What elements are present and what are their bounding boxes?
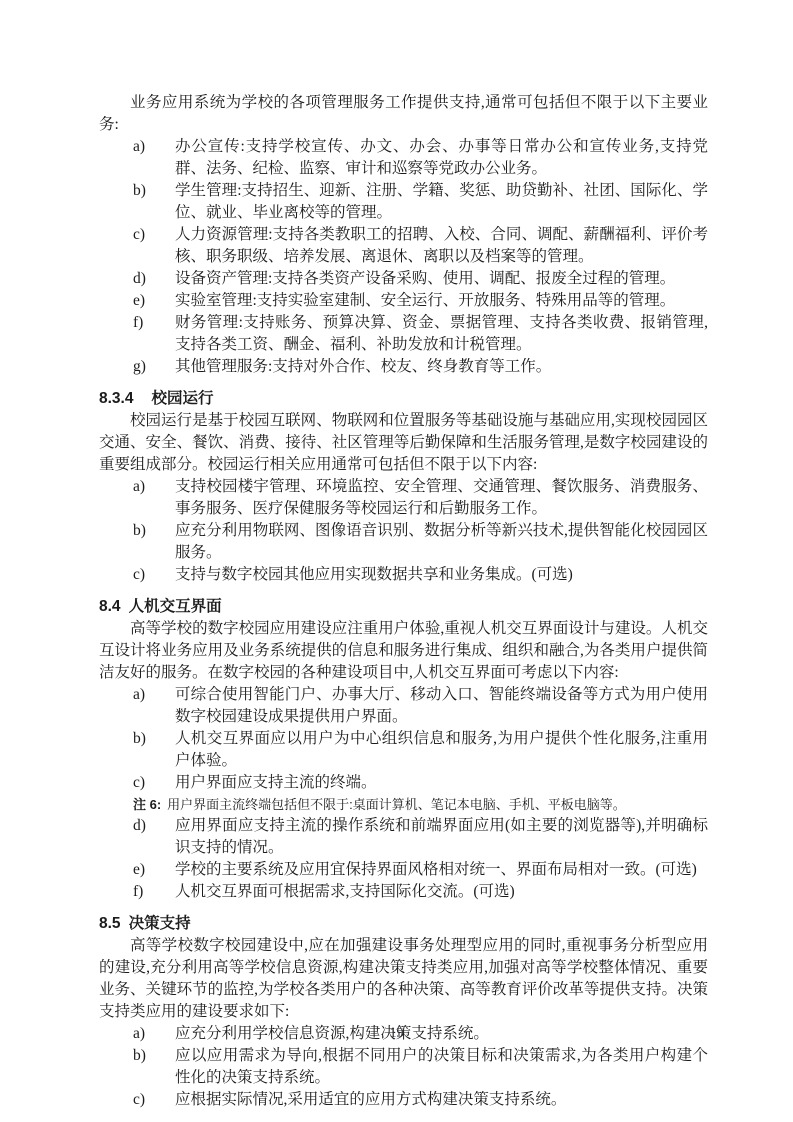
list-item-text: 办公宣传:支持学校宣传、办文、办会、办事等日常办公和宣传业务,支持党群、法务、纪… xyxy=(175,136,708,180)
list-item-text: 应用界面应支持主流的操作系统和前端界面应用(如主要的浏览器等),并明确标识支持的… xyxy=(175,815,708,859)
list-item: b) 学生管理:支持招生、迎新、注册、学籍、奖惩、助贷勤补、社团、国际化、学位、… xyxy=(133,180,708,224)
list-item-text: 用户界面应支持主流的终端。 xyxy=(175,772,708,794)
list-item: f) 人机交互界面可根据需求,支持国际化交流。(可选) xyxy=(133,881,708,903)
list-item: d) 设备资产管理:支持各类资产设备采购、使用、调配、报废全过程的管理。 xyxy=(133,268,708,290)
list-item: b) 应以应用需求为导向,根据不同用户的决策目标和决策需求,为各类用户构建个性化… xyxy=(133,1045,708,1089)
list-item-text: 其他管理服务:支持对外合作、校友、终身教育等工作。 xyxy=(175,356,708,378)
list-item-label: d) xyxy=(133,815,175,859)
list-item-text: 支持校园楼宇管理、环境监控、安全管理、交通管理、餐饮服务、消费服务、事务服务、医… xyxy=(175,476,708,520)
list-item-label: e) xyxy=(133,859,175,881)
note-6: 注 6: 用户界面主流终端包括但不限于:桌面计算机、笔记本电脑、手机、平板电脑等… xyxy=(133,794,708,815)
list-item-label: a) xyxy=(133,476,175,520)
list-item-label: c) xyxy=(133,772,175,794)
list-item: c) 应根据实际情况,采用适宜的应用方式构建决策支持系统。 xyxy=(133,1089,708,1111)
list-item-text: 实验室管理:支持实验室建制、安全运行、开放服务、特殊用品等的管理。 xyxy=(175,290,708,312)
list-item: c) 人力资源管理:支持各类教职工的招聘、入校、合同、调配、薪酬福利、评价考核、… xyxy=(133,224,708,268)
list-item-label: b) xyxy=(133,1045,175,1089)
list-item: g) 其他管理服务:支持对外合作、校友、终身教育等工作。 xyxy=(133,356,708,378)
list-item-label: d) xyxy=(133,268,175,290)
list-item-label: a) xyxy=(133,136,175,180)
section-title: 决策支持 xyxy=(129,915,191,932)
intro-paragraph: 业务应用系统为学校的各项管理服务工作提供支持,通常可包括但不限于以下主要业务: xyxy=(99,92,708,136)
list-item: e) 学校的主要系统及应用宜保持界面风格相对统一、界面布局相对一致。(可选) xyxy=(133,859,708,881)
list-item: b) 人机交互界面应以用户为中心组织信息和服务,为用户提供个性化服务,注重用户体… xyxy=(133,728,708,772)
list-item-label: c) xyxy=(133,564,175,586)
paragraph: 高等学校数字校园建设中,应在加强建设事务处理型应用的同时,重视事务分析型应用的建… xyxy=(99,935,708,1023)
list-item: f) 财务管理:支持账务、预算决算、资金、票据管理、支持各类收费、报销管理,支持… xyxy=(133,312,708,356)
list-item-label: g) xyxy=(133,356,175,378)
list-item-label: c) xyxy=(133,1089,175,1111)
list-item-label: b) xyxy=(133,728,175,772)
list-item: c) 用户界面应支持主流的终端。 xyxy=(133,772,708,794)
section-number: 8.4 xyxy=(99,598,121,615)
list-item-text: 人力资源管理:支持各类教职工的招聘、入校、合同、调配、薪酬福利、评价考核、职务职… xyxy=(175,224,708,268)
list-item: c) 支持与数字校园其他应用实现数据共享和业务集成。(可选) xyxy=(133,564,708,586)
section-number: 8.5 xyxy=(99,915,121,932)
section-title: 校园运行 xyxy=(151,390,213,407)
list-item: a) 可综合使用智能门户、办事大厅、移动入口、智能终端设备等方式为用户使用数字校… xyxy=(133,684,708,728)
list-item: d) 应用界面应支持主流的操作系统和前端界面应用(如主要的浏览器等),并明确标识… xyxy=(133,815,708,859)
list-item-text: 学生管理:支持招生、迎新、注册、学籍、奖惩、助贷勤补、社团、国际化、学位、就业、… xyxy=(175,180,708,224)
list-item: a) 办公宣传:支持学校宣传、办文、办会、办事等日常办公和宣传业务,支持党群、法… xyxy=(133,136,708,180)
section-number: 8.3.4 xyxy=(99,390,133,407)
list-item-label: f) xyxy=(133,881,175,903)
paragraph: 高等学校的数字校园应用建设应注重用户体验,重视人机交互界面设计与建设。人机交互设… xyxy=(99,618,708,684)
list-item-label: e) xyxy=(133,290,175,312)
section-heading-8-5: 8.5决策支持 xyxy=(99,913,708,935)
list-item-label: b) xyxy=(133,180,175,224)
list-item: a) 支持校园楼宇管理、环境监控、安全管理、交通管理、餐饮服务、消费服务、事务服… xyxy=(133,476,708,520)
list-item: b) 应充分利用物联网、图像语音识别、数据分析等新兴技术,提供智能化校园园区服务… xyxy=(133,520,708,564)
list-item: e) 实验室管理:支持实验室建制、安全运行、开放服务、特殊用品等的管理。 xyxy=(133,290,708,312)
list-item-text: 人机交互界面可根据需求,支持国际化交流。(可选) xyxy=(175,881,708,903)
list-item-label: a) xyxy=(133,684,175,728)
page-number: 19 xyxy=(0,1026,793,1042)
list-item-label: f) xyxy=(133,312,175,356)
note-label: 注 6: xyxy=(133,794,161,815)
section-heading-8-4: 8.4人机交互界面 xyxy=(99,596,708,618)
list-item-text: 支持与数字校园其他应用实现数据共享和业务集成。(可选) xyxy=(175,564,708,586)
list-item-text: 学校的主要系统及应用宜保持界面风格相对统一、界面布局相对一致。(可选) xyxy=(175,859,708,881)
page-content: 业务应用系统为学校的各项管理服务工作提供支持,通常可包括但不限于以下主要业务: … xyxy=(99,92,708,1111)
note-text: 用户界面主流终端包括但不限于:桌面计算机、笔记本电脑、手机、平板电脑等。 xyxy=(167,794,708,815)
list-item-text: 应根据实际情况,采用适宜的应用方式构建决策支持系统。 xyxy=(175,1089,708,1111)
section-title: 人机交互界面 xyxy=(129,598,222,615)
list-item-text: 应充分利用物联网、图像语音识别、数据分析等新兴技术,提供智能化校园园区服务。 xyxy=(175,520,708,564)
paragraph: 校园运行是基于校园互联网、物联网和位置服务等基础设施与基础应用,实现校园园区交通… xyxy=(99,410,708,476)
list-item-text: 设备资产管理:支持各类资产设备采购、使用、调配、报废全过程的管理。 xyxy=(175,268,708,290)
section-heading-8-3-4: 8.3.4校园运行 xyxy=(99,388,708,410)
list-item-text: 财务管理:支持账务、预算决算、资金、票据管理、支持各类收费、报销管理,支持各类工… xyxy=(175,312,708,356)
list-item-label: c) xyxy=(133,224,175,268)
list-item-text: 应以应用需求为导向,根据不同用户的决策目标和决策需求,为各类用户构建个性化的决策… xyxy=(175,1045,708,1089)
list-item-text: 可综合使用智能门户、办事大厅、移动入口、智能终端设备等方式为用户使用数字校园建设… xyxy=(175,684,708,728)
list-item-text: 人机交互界面应以用户为中心组织信息和服务,为用户提供个性化服务,注重用户体验。 xyxy=(175,728,708,772)
list-item-label: b) xyxy=(133,520,175,564)
